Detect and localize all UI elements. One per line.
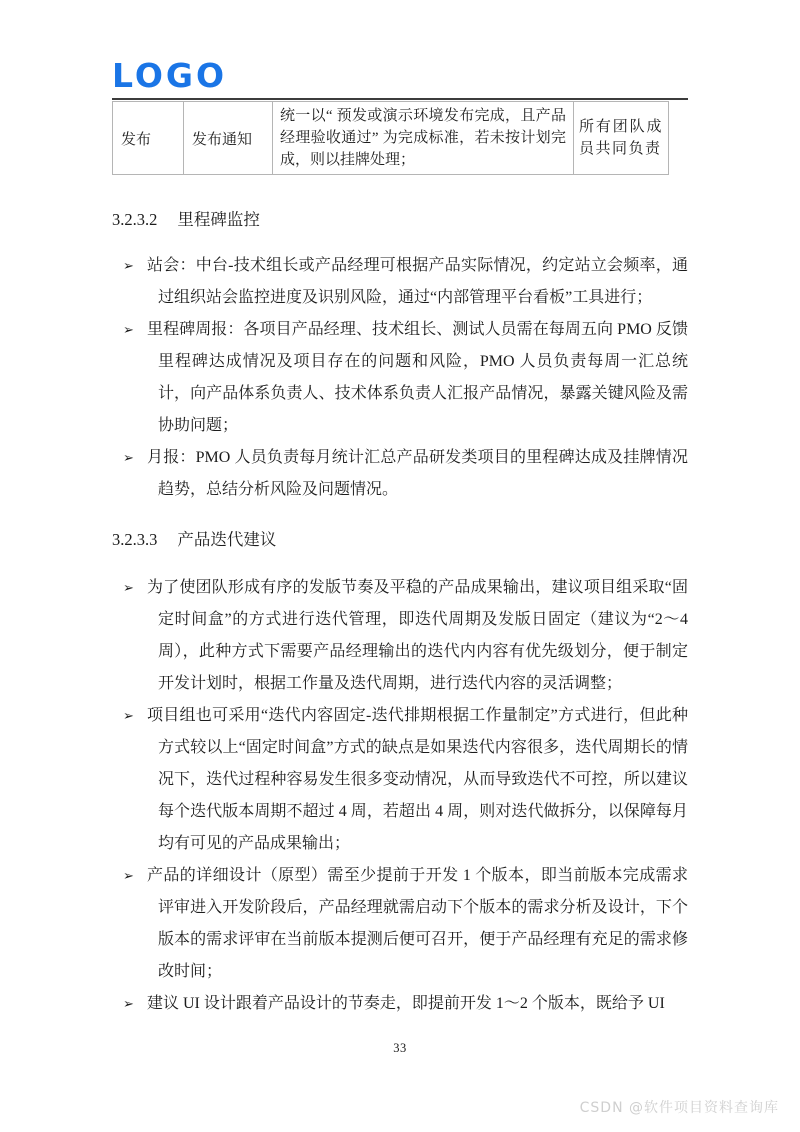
arrow-bullet-icon: ➢ [123, 443, 134, 475]
list-item-text: 为了使团队形成有序的发版节奏及平稳的产品成果输出，建议项目组采取“固定时间盒”的… [147, 579, 688, 692]
arrow-bullet-icon: ➢ [123, 251, 134, 283]
list-item-text: 站会：中台-技术组长或产品经理可根据产品实际情况，约定站立会频率，通过组织站会监… [147, 257, 688, 306]
heading-number: 3.2.3.2 [112, 210, 157, 229]
table-row: 发布 发布通知 统一以“ 预发或演示环境发布完成，且产品经理验收通过” 为完成标… [113, 102, 669, 175]
heading-title: 里程碑监控 [177, 210, 260, 229]
list-item: ➢ 月报：PMO 人员负责每月统计汇总产品研发类项目的里程碑达成及挂牌情况趋势，… [112, 442, 688, 506]
list-item-text: 项目组也可采用“迭代内容固定-迭代排期根据工作量制定”方式进行，但此种方式较以上… [147, 707, 688, 852]
bullet-list-milestone-monitoring: ➢ 站会：中台-技术组长或产品经理可根据产品实际情况，约定站立会频率，通过组织站… [112, 250, 688, 506]
list-item: ➢ 建议 UI 设计跟着产品设计的节奏走，即提前开发 1～2 个版本，既给予 U… [112, 988, 688, 1020]
list-item-text: 里程碑周报：各项目产品经理、技术组长、测试人员需在每周五向 PMO 反馈里程碑达… [147, 321, 688, 434]
release-standards-table: 发布 发布通知 统一以“ 预发或演示环境发布完成，且产品经理验收通过” 为完成标… [112, 101, 669, 175]
arrow-bullet-icon: ➢ [123, 573, 134, 605]
document-page: LOGO 发布 发布通知 统一以“ 预发或演示环境发布完成，且产品经理验收通过”… [0, 0, 800, 1132]
table-cell-standard: 统一以“ 预发或演示环境发布完成，且产品经理验收通过” 为完成标准，若未按计划完… [273, 102, 574, 175]
section-heading-iteration-advice: 3.2.3.3产品迭代建议 [112, 530, 688, 550]
csdn-watermark: CSDN @软件项目资料查询库 [580, 1097, 779, 1117]
list-item: ➢ 为了使团队形成有序的发版节奏及平稳的产品成果输出，建议项目组采取“固定时间盒… [112, 572, 688, 700]
list-item: ➢ 产品的详细设计（原型）需至少提前于开发 1 个版本，即当前版本完成需求评审进… [112, 860, 688, 988]
list-item-text: 产品的详细设计（原型）需至少提前于开发 1 个版本，即当前版本完成需求评审进入开… [147, 867, 688, 980]
table-cell-owner: 所有团队成员共同负责 [574, 102, 669, 175]
list-item-text: 月报：PMO 人员负责每月统计汇总产品研发类项目的里程碑达成及挂牌情况趋势，总结… [147, 449, 688, 498]
list-item: ➢ 里程碑周报：各项目产品经理、技术组长、测试人员需在每周五向 PMO 反馈里程… [112, 314, 688, 442]
list-item: ➢ 项目组也可采用“迭代内容固定-迭代排期根据工作量制定”方式进行，但此种方式较… [112, 700, 688, 860]
arrow-bullet-icon: ➢ [123, 315, 134, 347]
section-heading-milestone-monitoring: 3.2.3.2里程碑监控 [112, 210, 688, 230]
arrow-bullet-icon: ➢ [123, 701, 134, 733]
arrow-bullet-icon: ➢ [123, 989, 134, 1021]
list-item-text: 建议 UI 设计跟着产品设计的节奏走，即提前开发 1～2 个版本，既给予 UI [147, 995, 665, 1012]
page-number: 33 [0, 1041, 800, 1056]
table-cell-phase: 发布 [113, 102, 184, 175]
bullet-list-iteration-advice: ➢ 为了使团队形成有序的发版节奏及平稳的产品成果输出，建议项目组采取“固定时间盒… [112, 572, 688, 1020]
heading-title: 产品迭代建议 [177, 530, 276, 549]
arrow-bullet-icon: ➢ [123, 861, 134, 893]
heading-number: 3.2.3.3 [112, 530, 157, 549]
list-item: ➢ 站会：中台-技术组长或产品经理可根据产品实际情况，约定站立会频率，通过组织站… [112, 250, 688, 314]
header-divider [112, 98, 688, 100]
table-cell-item: 发布通知 [184, 102, 273, 175]
company-logo: LOGO [112, 56, 227, 96]
